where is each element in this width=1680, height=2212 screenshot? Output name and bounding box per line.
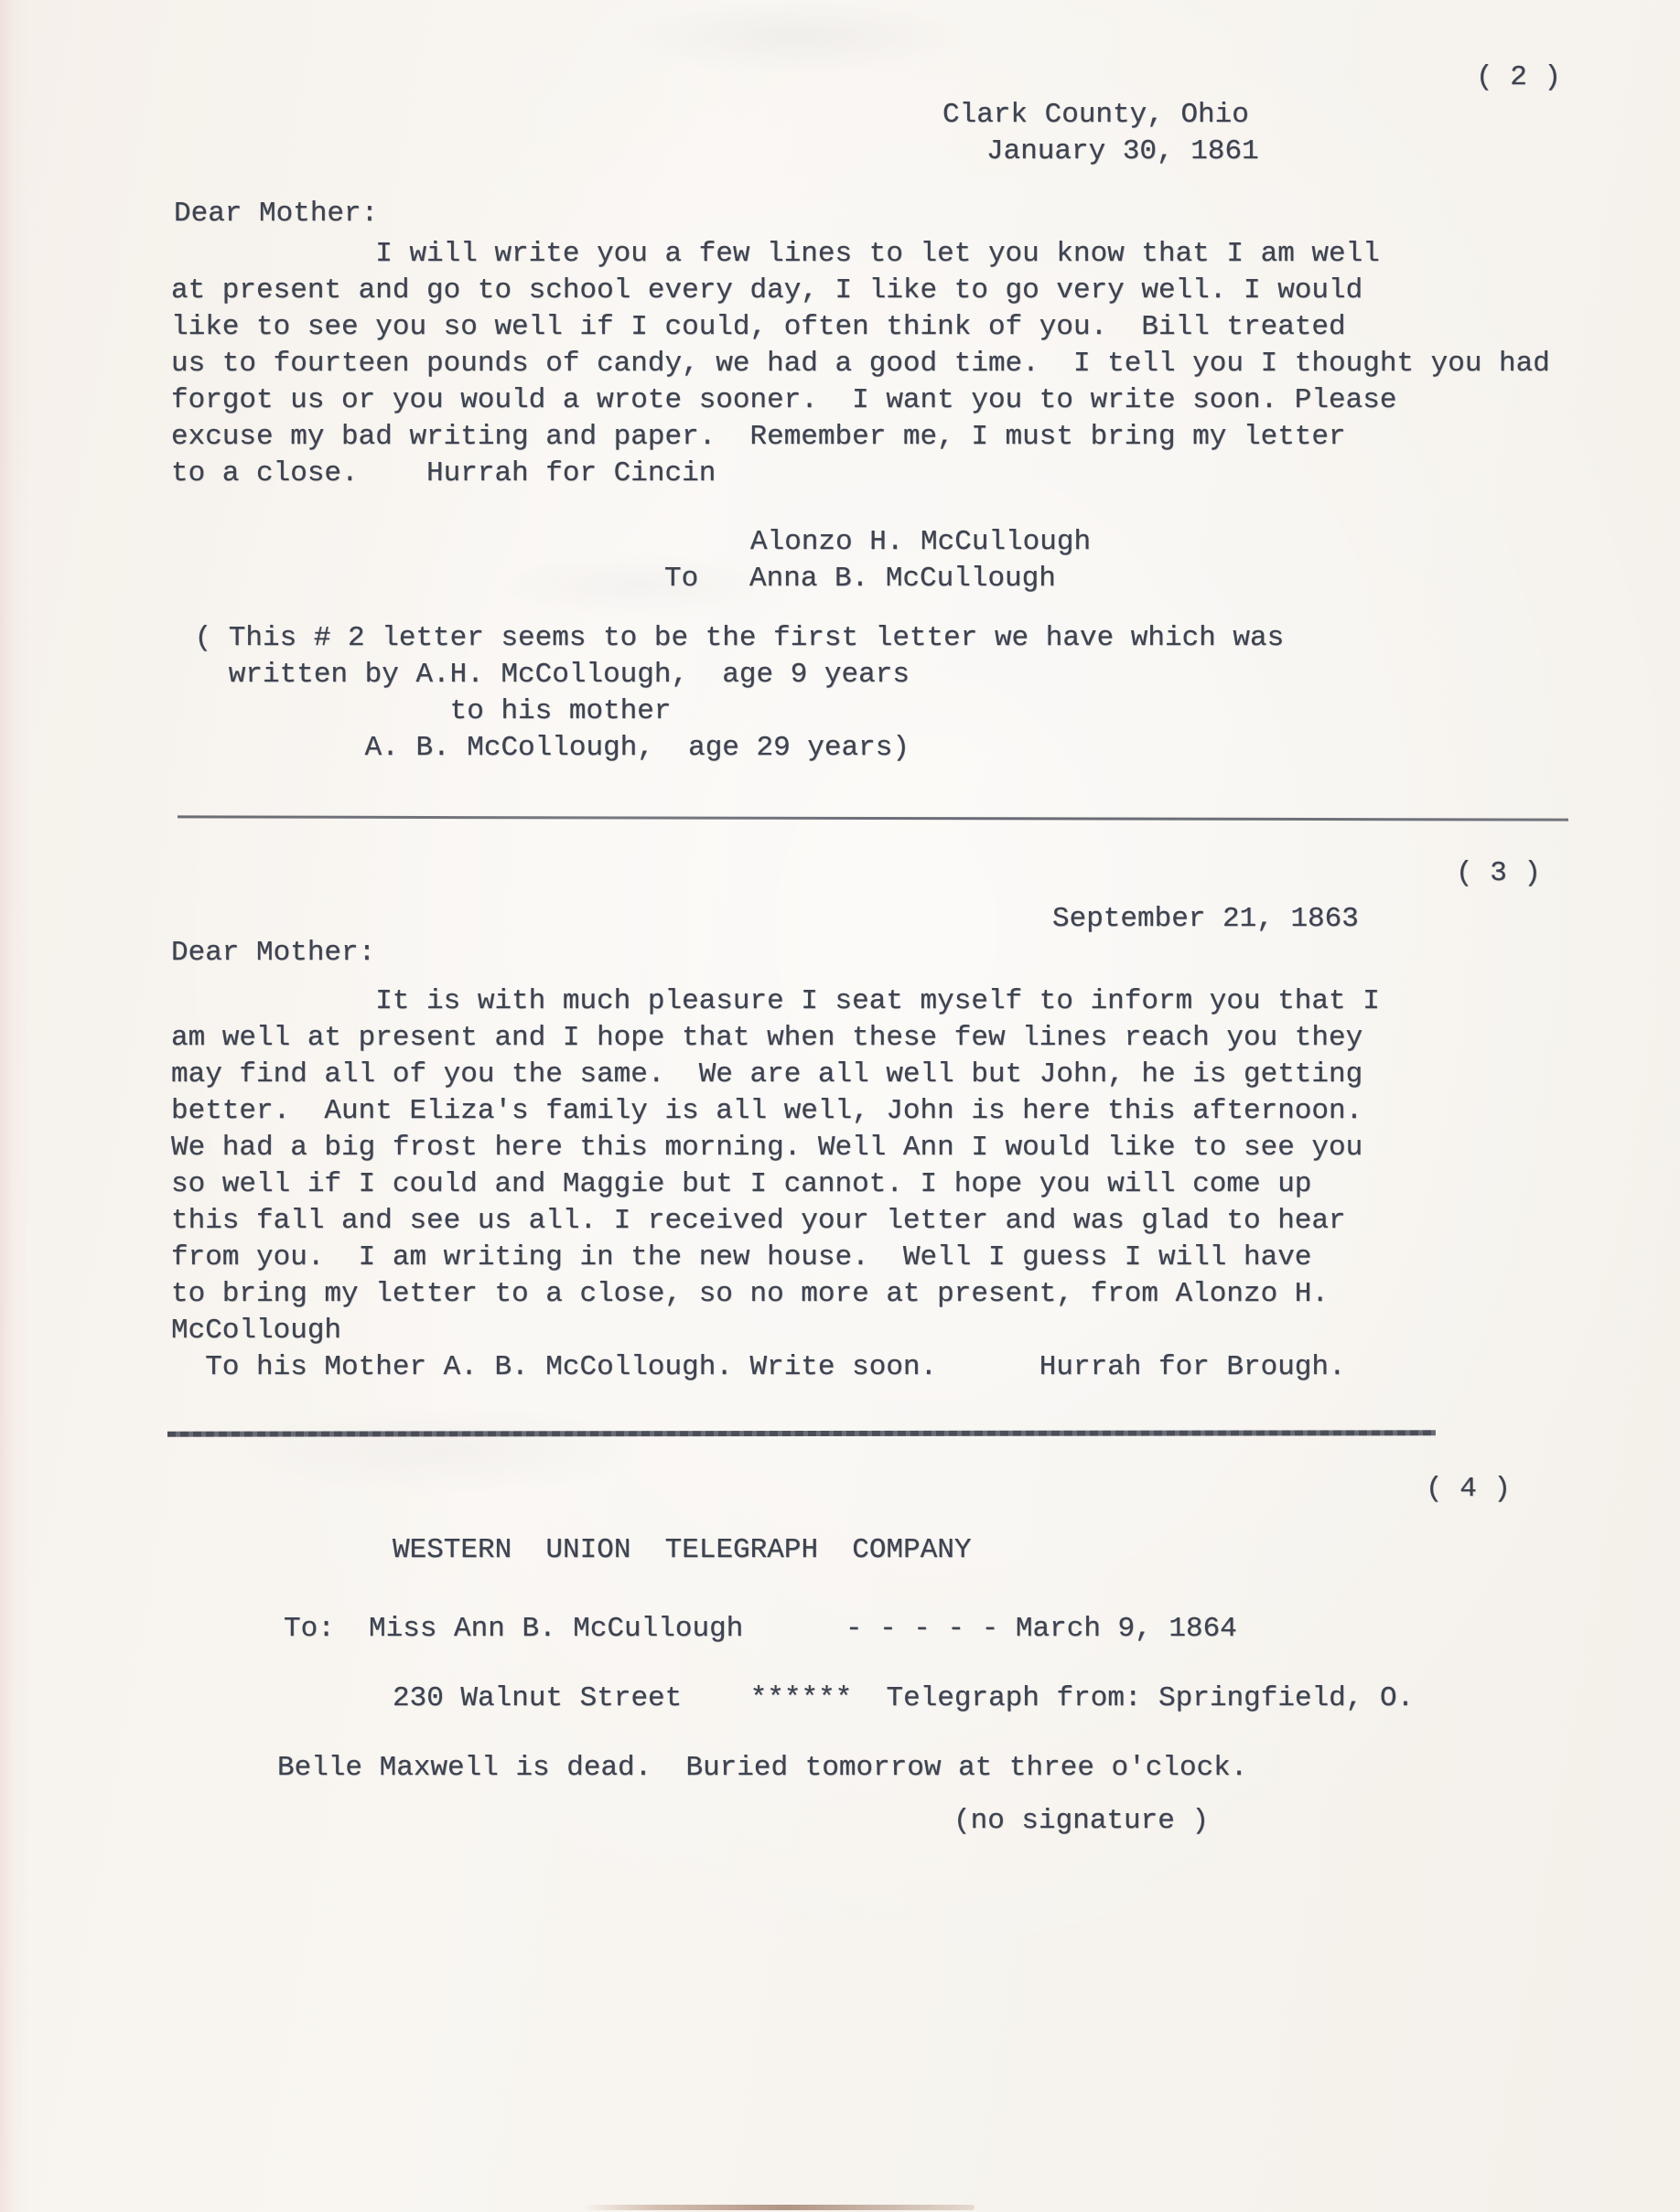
telegram-to-line: To: Miss Ann B. McCullough - - - - - Mar… [284,1611,1237,1648]
text-line: to bring my letter to a close, so no mor… [171,1276,1380,1313]
letter1-place: Clark County, Ohio [942,97,1249,134]
text-line: ( This # 2 letter seems to be the first … [178,620,1284,657]
text-line: To his Mother A. B. McCollough. Write so… [171,1349,1380,1386]
letter2-body: It is with much pleasure I seat myself t… [171,983,1380,1386]
page-number-4: ( 4 ) [1426,1471,1511,1508]
page-number-2: ( 2 ) [1476,59,1561,96]
text-line: forgot us or you would a wrote sooner. I… [171,382,1550,419]
section-divider-2 [167,1430,1436,1436]
telegram-address-line: 230 Walnut Street ****** Telegraph from:… [393,1680,1414,1717]
text-line: excuse my bad writing and paper. Remembe… [171,419,1550,456]
text-line: to a close. Hurrah for Cincin [171,456,1550,492]
letter2-salutation: Dear Mother: [171,935,375,972]
text-line: so well if I could and Maggie but I cann… [171,1166,1380,1203]
text-line: from you. I am writing in the new house.… [171,1240,1380,1276]
text-line: like to see you so well if I could, ofte… [171,309,1550,346]
text-line: at present and go to school every day, I… [171,273,1550,309]
text-line: written by A.H. McCollough, age 9 years [178,657,1284,693]
letter1-salutation: Dear Mother: [174,196,378,232]
telegram-company-title: WESTERN UNION TELEGRAPH COMPANY [393,1532,972,1569]
telegram-message: Belle Maxwell is dead. Buried tomorrow a… [277,1750,1247,1787]
text-line: may find all of you the same. We are all… [171,1057,1380,1093]
text-line: I will write you a few lines to let you … [171,236,1550,273]
letter1-signature-name: Alonzo H. McCullough [750,524,1091,561]
letter1-archivist-note: ( This # 2 letter seems to be the first … [178,620,1284,767]
page-number-3: ( 3 ) [1456,855,1541,892]
text-line: It is with much pleasure I seat myself t… [171,983,1380,1020]
text-line: to his mother [178,693,1284,730]
text-line: A. B. McCollough, age 29 years) [178,730,1284,767]
text-line: We had a big frost here this morning. We… [171,1130,1380,1166]
letter1-body: I will write you a few lines to let you … [171,236,1550,492]
telegram-signature-note: (no signature ) [953,1803,1209,1840]
letter2-date: September 21, 1863 [1052,901,1359,938]
document-page: ( 2 ) Clark County, Ohio January 30, 186… [0,0,1680,2212]
text-line: us to fourteen pounds of candy, we had a… [171,346,1550,382]
section-divider-1 [178,815,1568,821]
text-line: better. Aunt Eliza's family is all well,… [171,1093,1380,1130]
next-page-edge-fragment [581,2205,975,2210]
text-line: am well at present and I hope that when … [171,1020,1380,1057]
letter1-signature-to: To Anna B. McCullough [664,561,1056,597]
text-line: McCollough [171,1313,1380,1349]
text-line: this fall and see us all. I received you… [171,1203,1380,1240]
letter1-date: January 30, 1861 [986,134,1259,170]
